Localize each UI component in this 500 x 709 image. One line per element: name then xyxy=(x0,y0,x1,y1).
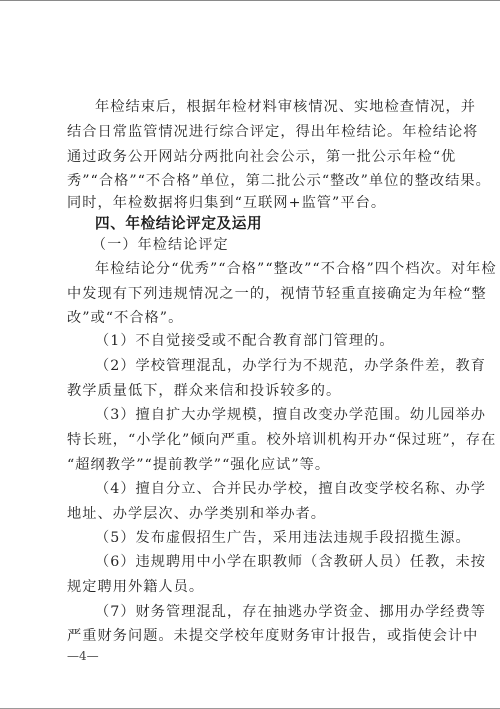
item-3-line-1: （3）擅自扩大办学规模，擅自改变办学范围。幼儿园举办 xyxy=(95,405,435,425)
intro-line-4: 秀”“合格”“不合格”单位，第二批公示“整改”单位的整改结果。 xyxy=(67,171,435,191)
intro-line-5: 同时，年检数据将归集到“互联网+监管”平台。 xyxy=(67,193,435,213)
subsection-heading: （一）年检结论评定 xyxy=(92,235,460,255)
intro-line-3: 通过政务公开网站分两批向社会公示，第一批公示年检“优 xyxy=(67,147,435,167)
item-1-line-1: （1）不自觉接受或不配合教育部门管理的。 xyxy=(95,331,435,351)
grades-line-3: 改”或“不合格”。 xyxy=(67,308,435,328)
item-6-line-2: 规定聘用外籍人员。 xyxy=(67,577,435,597)
item-3-line-3: “超纲教学”“提前教学”“强化应试”等。 xyxy=(67,455,435,475)
grades-line-2: 中发现有下列违规情况之一的，视情节轻重直接确定为年检“整 xyxy=(67,284,435,304)
grades-line-1: 年检结论分“优秀”“合格”“整改”“不合格”四个档次。对年检 xyxy=(95,259,435,279)
intro-line-1: 年检结束后，根据年检材料审核情况、实地检查情况，并 xyxy=(95,97,435,117)
item-2-line-1: （2）学校管理混乱，办学行为不规范，办学条件差，教育 xyxy=(95,356,435,376)
item-3-line-2: 特长班，“小学化”倾向严重。校外培训机构开办“保过班”，存在 xyxy=(67,430,435,450)
intro-line-2: 结合日常监管情况进行综合评定，得出年检结论。年检结论将 xyxy=(67,122,435,142)
document-page: 年检结束后，根据年检材料审核情况、实地检查情况，并 结合日常监管情况进行综合评定… xyxy=(0,0,500,709)
item-7-line-2: 严重财务问题。未提交学校年度财务审计报告，或指使会计中 xyxy=(67,626,435,646)
item-4-line-2: 地址、办学层次、办学类别和举办者。 xyxy=(67,504,435,524)
page-number: —4— xyxy=(67,648,99,664)
item-7-line-1: （7）财务管理混乱，存在抽逃办学资金、挪用办学经费等 xyxy=(95,602,435,622)
item-6-line-1: （6）违规聘用中小学在职教师（含教研人员）任教，未按 xyxy=(95,552,435,572)
section-heading: 四、年检结论评定及运用 xyxy=(95,214,435,234)
item-2-line-2: 教学质量低下，群众来信和投诉较多的。 xyxy=(67,381,435,401)
item-5-line-1: （5）发布虚假招生广告，采用违法违规手段招揽生源。 xyxy=(95,528,435,548)
item-4-line-1: （4）擅自分立、合并民办学校，擅自改变学校名称、办学 xyxy=(95,479,435,499)
